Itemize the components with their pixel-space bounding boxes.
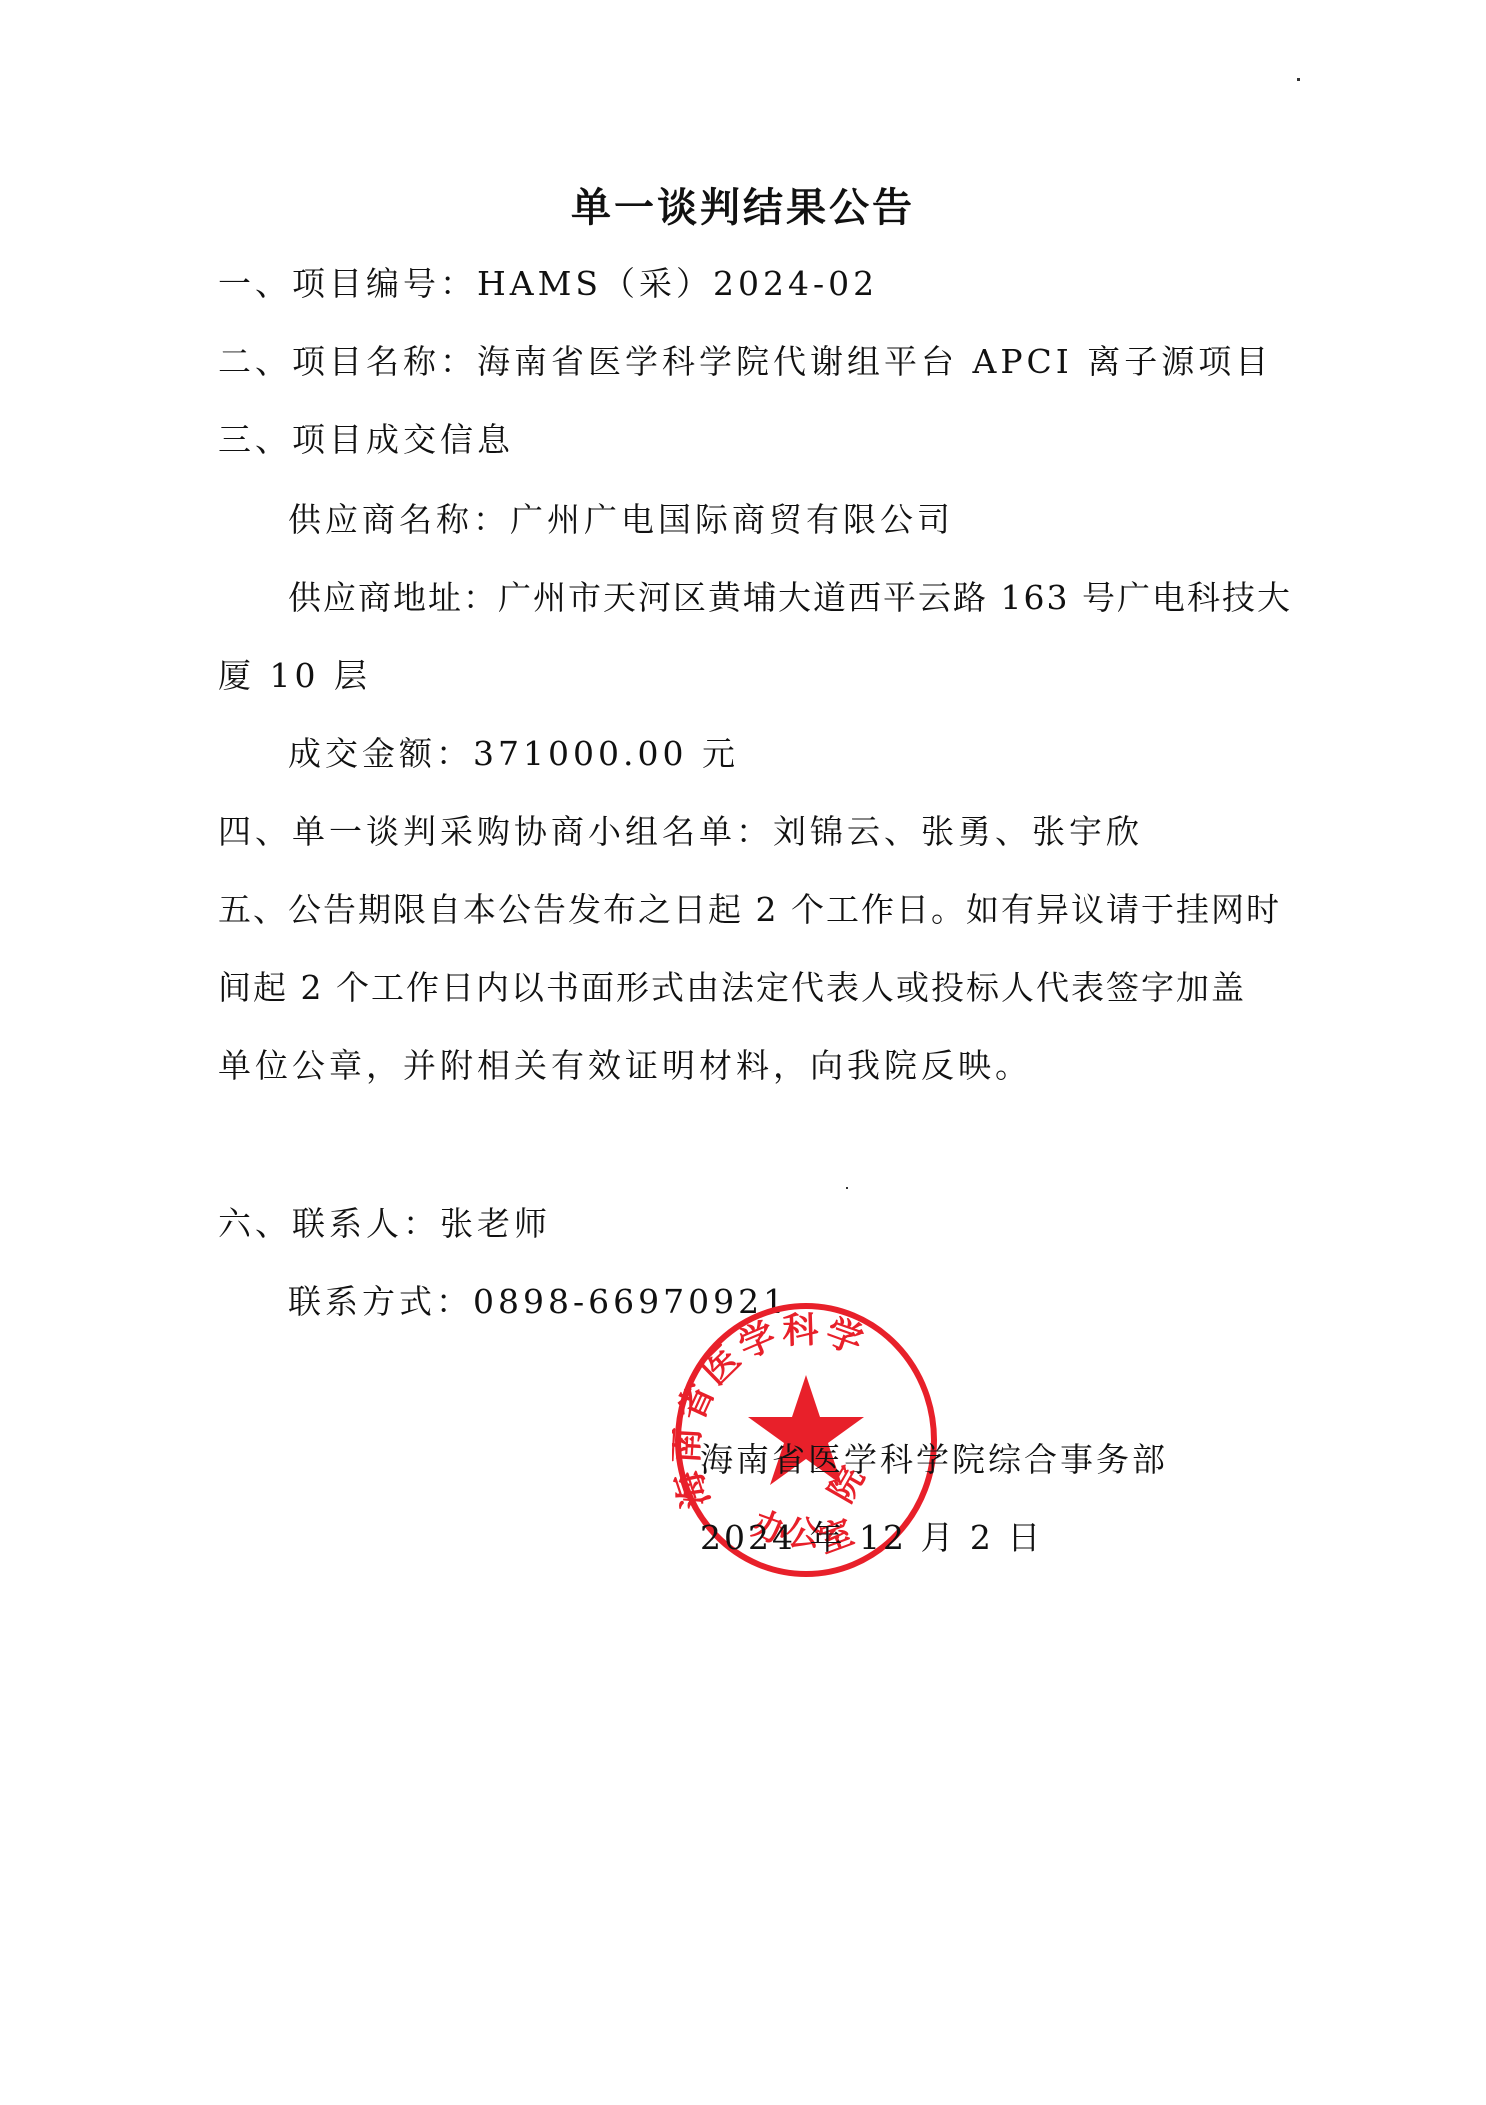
supplier-name: 供应商名称：广州广电国际商贸有限公司 [288,500,954,540]
notice-period-line2: 间起 2 个工作日内以书面形式由法定代表人或投标人代表签字加盖 [218,968,1246,1008]
project-number: 一、项目编号：HAMS（采）2024-02 [218,264,878,304]
scan-speck [1297,78,1300,81]
issue-date: 2024 年 12 月 2 日 [700,1518,1043,1558]
issuing-organization: 海南省医学科学院综合事务部 [700,1440,1168,1480]
negotiation-group: 四、单一谈判采购协商小组名单：刘锦云、张勇、张宇欣 [218,812,1143,852]
notice-period-line1: 五、公告期限自本公告发布之日起 2 个工作日。如有异议请于挂网时 [218,890,1281,930]
deal-info-heading: 三、项目成交信息 [218,420,514,460]
document-page: 单一谈判结果公告 一、项目编号：HAMS（采）2024-02 二、项目名称：海南… [0,0,1486,2105]
notice-period-line3: 单位公章，并附相关有效证明材料，向我院反映。 [218,1046,1032,1086]
scan-speck [846,1187,848,1189]
document-title: 单一谈判结果公告 [0,176,1486,233]
supplier-address-line2: 厦 10 层 [218,656,371,696]
project-name: 二、项目名称：海南省医学科学院代谢组平台 APCI 离子源项目 [218,342,1272,382]
supplier-address-line1: 供应商地址：广州市天河区黄埔大道西平云路 163 号广电科技大 [288,578,1292,618]
deal-amount: 成交金额：371000.00 元 [288,734,739,774]
contact-person: 六、联系人：张老师 [218,1204,551,1244]
